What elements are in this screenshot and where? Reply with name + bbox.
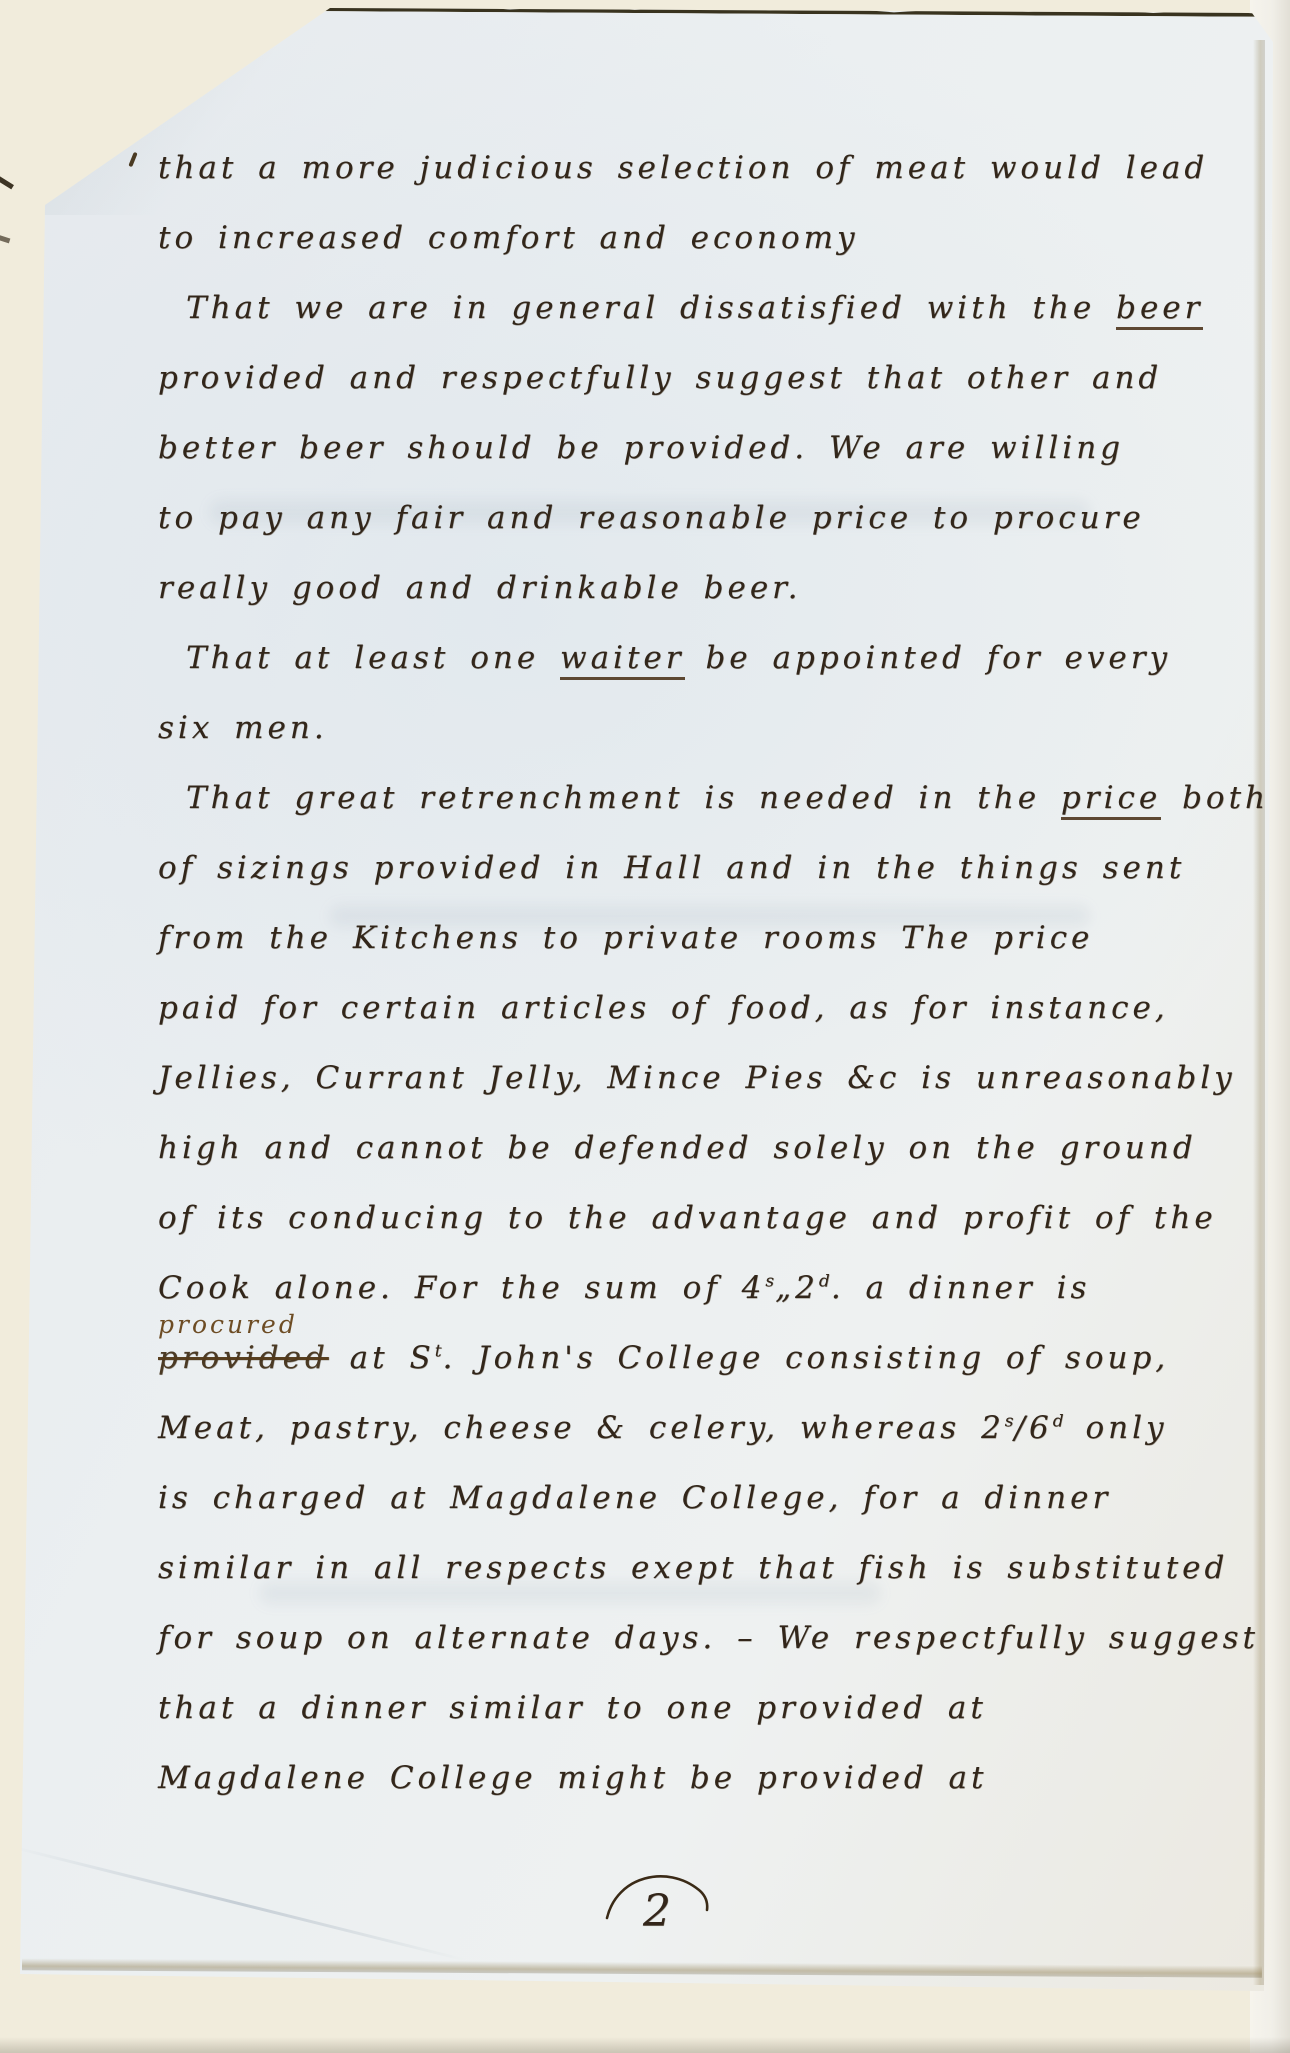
- manuscript-line: is charged at Magdalene College, for a d…: [158, 1480, 1233, 1550]
- edge-mark: [0, 176, 14, 190]
- text-segment: Jellies, Currant Jelly, Mince Pies &c is…: [158, 1060, 1236, 1096]
- text-segment: Meat, pastry, cheese & celery, whereas 2: [158, 1410, 1005, 1446]
- text-segment: of sizings provided in Hall and in the t…: [158, 850, 1185, 886]
- manuscript-line: That at least one waiter be appointed fo…: [158, 640, 1233, 710]
- text-segment: really good and drinkable beer.: [158, 570, 801, 606]
- superscript-letter: s: [765, 1272, 775, 1292]
- manuscript-line: of sizings provided in Hall and in the t…: [158, 850, 1233, 920]
- manuscript-line: Meat, pastry, cheese & celery, whereas 2…: [158, 1410, 1233, 1480]
- underlined-word: beer: [1116, 290, 1203, 330]
- text-segment: „2: [775, 1270, 819, 1306]
- superscript-letter: d: [819, 1272, 831, 1292]
- manuscript-line: six men.: [158, 710, 1233, 780]
- text-segment: That at least one: [186, 640, 560, 676]
- text-segment: paid for certain articles of food, as fo…: [158, 990, 1169, 1026]
- text-segment: of its conducing to the advantage and pr…: [158, 1200, 1217, 1236]
- manuscript-line: to pay any fair and reasonable price to …: [158, 500, 1233, 570]
- text-segment: similar in all respects exept that fish …: [158, 1550, 1228, 1586]
- text-segment: at S: [329, 1340, 435, 1376]
- superscript-letter: d: [1053, 1412, 1065, 1432]
- text-segment: to pay any fair and reasonable price to …: [158, 500, 1145, 536]
- torn-top-edge: [318, 2, 1278, 17]
- text-segment: That great retrenchment is needed in the: [186, 780, 1061, 816]
- text-segment: that a dinner similar to one provided at: [158, 1690, 987, 1726]
- page-number: 2: [592, 1868, 722, 1937]
- text-segment: be appointed for every: [685, 640, 1171, 676]
- bottom-paper-edge: [22, 1958, 1262, 1978]
- manuscript-line: from the Kitchens to private rooms The p…: [158, 920, 1233, 990]
- text-segment: from the Kitchens to private rooms The p…: [158, 920, 1093, 956]
- manuscript-line: Magdalene College might be provided at: [158, 1760, 1233, 1830]
- superscript-letter: s: [1005, 1412, 1015, 1432]
- text-segment: both: [1161, 780, 1269, 816]
- manuscript-line: that a dinner similar to one provided at: [158, 1690, 1233, 1760]
- manuscript-line: to increased comfort and economy: [158, 220, 1233, 290]
- manuscript-line: That great retrenchment is needed in the…: [158, 780, 1233, 850]
- text-segment: high and cannot be defended solely on th…: [158, 1130, 1197, 1166]
- inserted-word: procured: [158, 1310, 298, 1339]
- manuscript-line: Jellies, Currant Jelly, Mince Pies &c is…: [158, 1060, 1233, 1130]
- text-segment: to increased comfort and economy: [158, 220, 859, 256]
- text-segment: for soup on alternate days. – We respect…: [158, 1620, 1259, 1656]
- bottom-left-crease: [10, 1845, 467, 1962]
- manuscript-line: That we are in general dissatisfied with…: [158, 290, 1233, 360]
- manuscript-line: provided and respectfully suggest that o…: [158, 360, 1233, 430]
- text-segment: six men.: [158, 710, 328, 746]
- manuscript-line: Cook alone. For the sum of 4s„2d. a dinn…: [158, 1270, 1233, 1340]
- text-segment: provided and respectfully suggest that o…: [158, 360, 1162, 396]
- scanned-page: that a more judicious selection of meat …: [0, 0, 1290, 2053]
- text-segment: that a more judicious selection of meat …: [158, 150, 1208, 186]
- manuscript-lines: that a more judicious selection of meat …: [158, 150, 1233, 1830]
- manuscript-line: procuredprovided at St. John's College c…: [158, 1340, 1233, 1410]
- edge-mark: [0, 234, 10, 244]
- underlined-word: price: [1061, 780, 1161, 820]
- text-segment: only: [1065, 1410, 1168, 1446]
- manuscript-line: for soup on alternate days. – We respect…: [158, 1620, 1233, 1690]
- text-segment: is charged at Magdalene College, for a d…: [158, 1480, 1111, 1516]
- text-segment: better beer should be provided. We are w…: [158, 430, 1124, 466]
- manuscript-line: similar in all respects exept that fish …: [158, 1550, 1233, 1620]
- scan-edge-shadow: [0, 2037, 1290, 2053]
- manuscript-line: of its conducing to the advantage and pr…: [158, 1200, 1233, 1270]
- superscript-letter: t: [435, 1342, 443, 1362]
- text-segment: Magdalene College might be provided at: [158, 1760, 987, 1796]
- text-segment: . a dinner is: [831, 1270, 1091, 1306]
- right-paper-edge: [1253, 40, 1265, 1985]
- manuscript-line: paid for certain articles of food, as fo…: [158, 990, 1233, 1060]
- text-segment: . John's College consisting of soup,: [443, 1340, 1170, 1376]
- text-segment: Cook alone. For the sum of 4: [158, 1270, 765, 1306]
- struck-out-word: provided: [158, 1340, 329, 1376]
- paper-sheet: that a more judicious selection of meat …: [0, 0, 1290, 2053]
- text-segment: That we are in general dissatisfied with…: [186, 290, 1116, 326]
- manuscript-line: really good and drinkable beer.: [158, 570, 1233, 640]
- manuscript-line: better beer should be provided. We are w…: [158, 430, 1233, 500]
- manuscript-line: high and cannot be defended solely on th…: [158, 1130, 1233, 1200]
- manuscript-line: that a more judicious selection of meat …: [158, 150, 1233, 220]
- underlined-word: waiter: [560, 640, 685, 680]
- text-segment: /6: [1015, 1410, 1053, 1446]
